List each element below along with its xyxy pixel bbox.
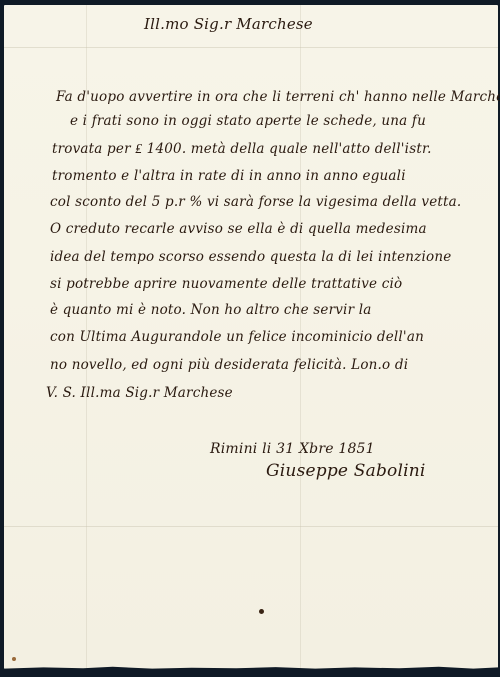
letter-line: col sconto del 5 p.r % vi sarà forse la … (50, 194, 461, 210)
letter-paper: Ill.mo Sig.r Marchese Fa d'uopo avvertir… (4, 5, 498, 669)
signature: Giuseppe Sabolini (266, 461, 426, 481)
letter-line: O creduto recarle avviso se ella è di qu… (50, 221, 427, 237)
salutation: Ill.mo Sig.r Marchese (144, 15, 313, 33)
letter-line: tromento e l'altra in rate di in anno in… (52, 168, 406, 184)
fold-line (4, 526, 498, 527)
letter-line: idea del tempo scorso essendo questa la … (50, 249, 451, 265)
letter-line: no novello, ed ogni più desiderata felic… (50, 357, 408, 373)
ink-blot (259, 609, 264, 614)
letter-line: è quanto mi è noto. Non ho altro che ser… (50, 302, 371, 318)
torn-edge (4, 665, 498, 671)
letter-line: si potrebbe aprire nuovamente delle trat… (50, 276, 402, 292)
letter-line: trovata per ₤ 1400. metà della quale nel… (52, 141, 432, 157)
letter-line: Fa d'uopo avvertire in ora che li terren… (56, 89, 500, 105)
letter-line: con Ultima Augurandole un felice incomin… (50, 329, 424, 345)
rust-spot (12, 657, 16, 661)
closing-address: V. S. Ill.ma Sig.r Marchese (46, 385, 233, 401)
place-date: Rimini li 31 Xbre 1851 (210, 441, 375, 457)
fold-line (4, 47, 498, 48)
letter-line: e i frati sono in oggi stato aperte le s… (70, 113, 426, 129)
